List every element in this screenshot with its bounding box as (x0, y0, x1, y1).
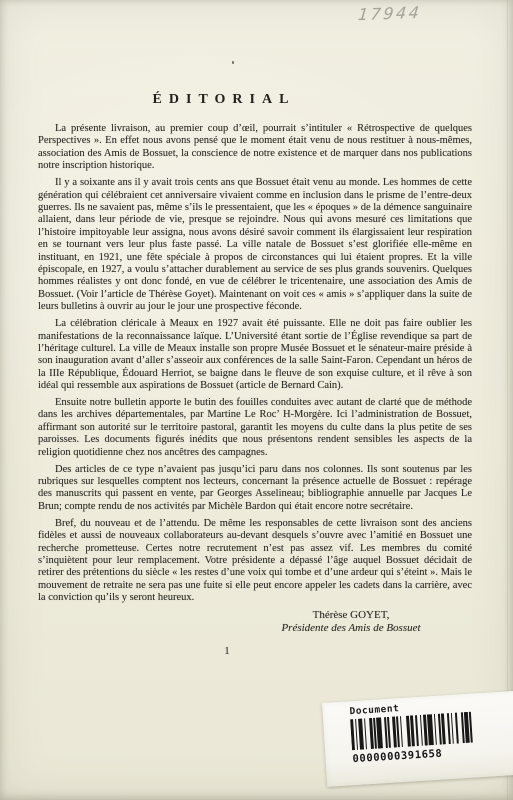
barcode-image (350, 711, 476, 750)
paragraph: Il y a soixante ans il y avait trois cen… (38, 177, 472, 313)
scanned-document-page: 17944 ÉDITORIAL La présente livraison, a… (0, 0, 513, 800)
paragraph: Des articles de ce type n’avaient pas ju… (38, 464, 472, 514)
signature-role: Présidente des Amis de Bossuet (241, 622, 461, 635)
editorial-title: ÉDITORIAL (7, 92, 441, 108)
signature-name: Thérèse GOYET, (241, 609, 461, 622)
editorial-body: La présente livraison, au premier coup d… (38, 123, 472, 658)
barcode-sticker: Document 0000000391658 (322, 690, 513, 786)
handwritten-number: 17944 (357, 3, 422, 24)
paragraph: Ensuite notre bulletin apporte le butin … (38, 397, 472, 459)
ink-speck (232, 61, 234, 64)
page-edge-line (507, 0, 508, 800)
page-number: 1 (10, 646, 444, 658)
paragraph: La célébration cléricale à Meaux en 1927… (38, 318, 472, 392)
paragraph: Bref, du nouveau et de l’attendu. De mêm… (38, 518, 472, 605)
signature-block: Thérèse GOYET, Présidente des Amis de Bo… (241, 609, 461, 635)
paragraph: La présente livraison, au premier coup d… (38, 123, 472, 173)
